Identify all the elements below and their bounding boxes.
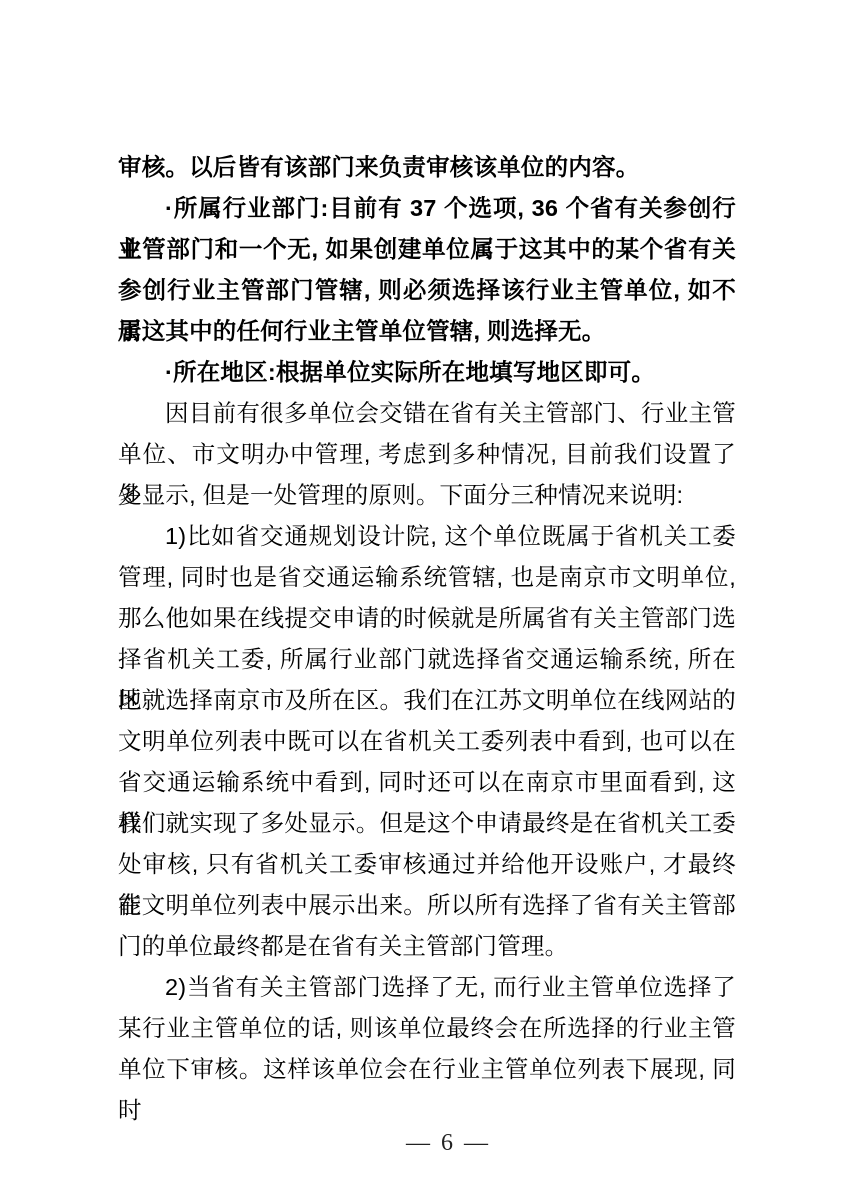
text-line: 区就选择南京市及所在区。我们在江苏文明单位在线网站的	[118, 680, 736, 721]
text-line: 审核。以后皆有该部门来负责审核该单位的内容。	[118, 147, 736, 188]
text-line: ·所属行业部门:目前有 37 个选项, 36 个省有关参创行业	[118, 188, 736, 229]
text-line: 文明单位列表中既可以在省机关工委列表中看到, 也可以在	[118, 721, 736, 762]
text-line: 主管部门和一个无, 如果创建单位属于这其中的某个省有关	[118, 229, 736, 270]
text-line: 那么他如果在线提交申请的时候就是所属省有关主管部门选	[118, 598, 736, 639]
text-line: 择省机关工委, 所属行业部门就选择省交通运输系统, 所在地	[118, 639, 736, 680]
bullet-location: ·所在地区:根据单位实际所在地填写地区即可。	[118, 352, 736, 393]
text-content: 审核。以后皆有该部门来负责审核该单位的内容。·所属行业部门:目前有 37 个选项…	[118, 147, 736, 1090]
text-line: 参创行业主管部门管辖, 则必须选择该行业主管单位, 如不属	[118, 270, 736, 311]
bullet-industry-department: ·所属行业部门:目前有 37 个选项, 36 个省有关参创行业主管部门和一个无,…	[118, 188, 736, 352]
text-line: 省交通运输系统中看到, 同时还可以在南京市里面看到, 这样	[118, 762, 736, 803]
text-line: ·所在地区:根据单位实际所在地填写地区即可。	[118, 352, 736, 393]
para-case-1: 1)比如省交通规划设计院, 这个单位既属于省机关工委管理, 同时也是省交通运输系…	[118, 516, 736, 967]
document-page: 审核。以后皆有该部门来负责审核该单位的内容。·所属行业部门:目前有 37 个选项…	[0, 0, 850, 1202]
text-line: 单位下审核。这样该单位会在行业主管单位列表下展现, 同时	[118, 1049, 736, 1090]
para-overview: 因目前有很多单位会交错在省有关主管部门、行业主管单位、市文明办中管理, 考虑到多…	[118, 393, 736, 516]
text-line: 处审核, 只有省机关工委审核通过并给他开设账户, 才最终能	[118, 844, 736, 885]
para-continuation: 审核。以后皆有该部门来负责审核该单位的内容。	[118, 147, 736, 188]
text-line: 于这其中的任何行业主管单位管辖, 则选择无。	[118, 311, 736, 352]
page-number: — 6 —	[406, 1130, 488, 1156]
text-line: 2)当省有关主管部门选择了无, 而行业主管单位选择了	[118, 967, 736, 1008]
text-line: 某行业主管单位的话, 则该单位最终会在所选择的行业主管	[118, 1008, 736, 1049]
text-line: 因目前有很多单位会交错在省有关主管部门、行业主管	[118, 393, 736, 434]
text-line: 处显示, 但是一处管理的原则。下面分三种情况来说明:	[118, 475, 736, 516]
text-line: 单位、市文明办中管理, 考虑到多种情况, 目前我们设置了多	[118, 434, 736, 475]
text-line: 我们就实现了多处显示。但是这个申请最终是在省机关工委	[118, 803, 736, 844]
text-line: 门的单位最终都是在省有关主管部门管理。	[118, 926, 736, 967]
text-line: 1)比如省交通规划设计院, 这个单位既属于省机关工委	[118, 516, 736, 557]
page-footer: — 6 —	[0, 1098, 850, 1188]
para-case-2: 2)当省有关主管部门选择了无, 而行业主管单位选择了某行业主管单位的话, 则该单…	[118, 967, 736, 1090]
text-line: 在文明单位列表中展示出来。所以所有选择了省有关主管部	[118, 885, 736, 926]
text-line: 管理, 同时也是省交通运输系统管辖, 也是南京市文明单位,	[118, 557, 736, 598]
